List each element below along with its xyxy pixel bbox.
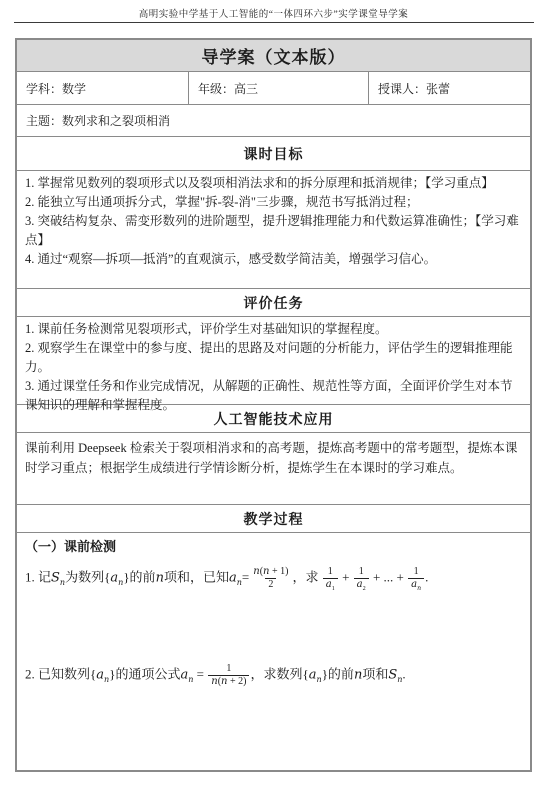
goal-item: 2. 能独立写出通项拆分式，掌握"拆-裂-消"三步骤，规范书写抵消过程； xyxy=(25,193,522,212)
goals-content: 1. 掌握常见数列的裂项形式以及裂项相消法求和的拆分原理和抵消规律；【学习重点】… xyxy=(17,171,530,289)
goal-item: 4. 通过“观察—拆项—抵消”的直观演示，感受数学简洁美，增强学习信心。 xyxy=(25,250,522,269)
info-row: 学科：数学 年级：高三 授课人：张蕾 xyxy=(17,72,530,105)
evaluation-content: 1. 课前任务检测常见裂项形式，评价学生对基础知识的掌握程度。 2. 观察学生在… xyxy=(17,317,530,405)
goal-item: 1. 掌握常见数列的裂项形式以及裂项相消法求和的拆分原理和抵消规律；【学习重点】 xyxy=(25,174,522,193)
problem-2: 2. 已知数列{an}的通项公式an = 1n(n + 2)，求数列{an}的前… xyxy=(25,663,522,688)
doc-table: 导学案（文本版） 学科：数学 年级：高三 授课人：张蕾 主题：数列求和之裂项相消… xyxy=(15,38,532,772)
section-heading-ai: 人工智能技术应用 xyxy=(17,405,530,433)
section-heading-goals: 课时目标 xyxy=(17,137,530,171)
subject-cell: 学科：数学 xyxy=(17,72,189,104)
section-heading-evaluation: 评价任务 xyxy=(17,289,530,317)
doc-title: 导学案（文本版） xyxy=(17,40,530,72)
problem-1: 1. 记Sn为数列{an}的前n项和，已知an=n(n + 1)2，求 1a1 … xyxy=(25,566,522,591)
page-header-title: 高明实验中学基于人工智能的“一体四环六步”实学课堂导学案 xyxy=(0,6,547,20)
ai-text: 课前利用 Deepseek 检索关于裂项相消求和的高考题，提炼高考题中的常考题型… xyxy=(25,438,522,478)
topic-cell: 主题：数列求和之裂项相消 xyxy=(17,105,530,137)
evaluation-item: 2. 观察学生在课堂中的参与度、提出的思路及对问题的分析能力，评估学生的逻辑推理… xyxy=(25,339,522,377)
evaluation-item: 1. 课前任务检测常见裂项形式，评价学生对基础知识的掌握程度。 xyxy=(25,320,522,339)
ai-content: 课前利用 Deepseek 检索关于裂项相消求和的高考题，提炼高考题中的常考题型… xyxy=(17,433,530,505)
teacher-cell: 授课人：张蕾 xyxy=(369,72,530,104)
header-divider xyxy=(14,22,534,23)
section-heading-process: 教学过程 xyxy=(17,505,530,533)
goal-item: 3. 突破结构复杂、需变形数列的进阶题型，提升逻辑推理能力和代数运算准确性；【学… xyxy=(25,212,522,250)
process-subheading: （一）课前检测 xyxy=(25,537,522,556)
process-content: （一）课前检测 1. 记Sn为数列{an}的前n项和，已知an=n(n + 1)… xyxy=(17,533,530,770)
grade-cell: 年级：高三 xyxy=(189,72,369,104)
